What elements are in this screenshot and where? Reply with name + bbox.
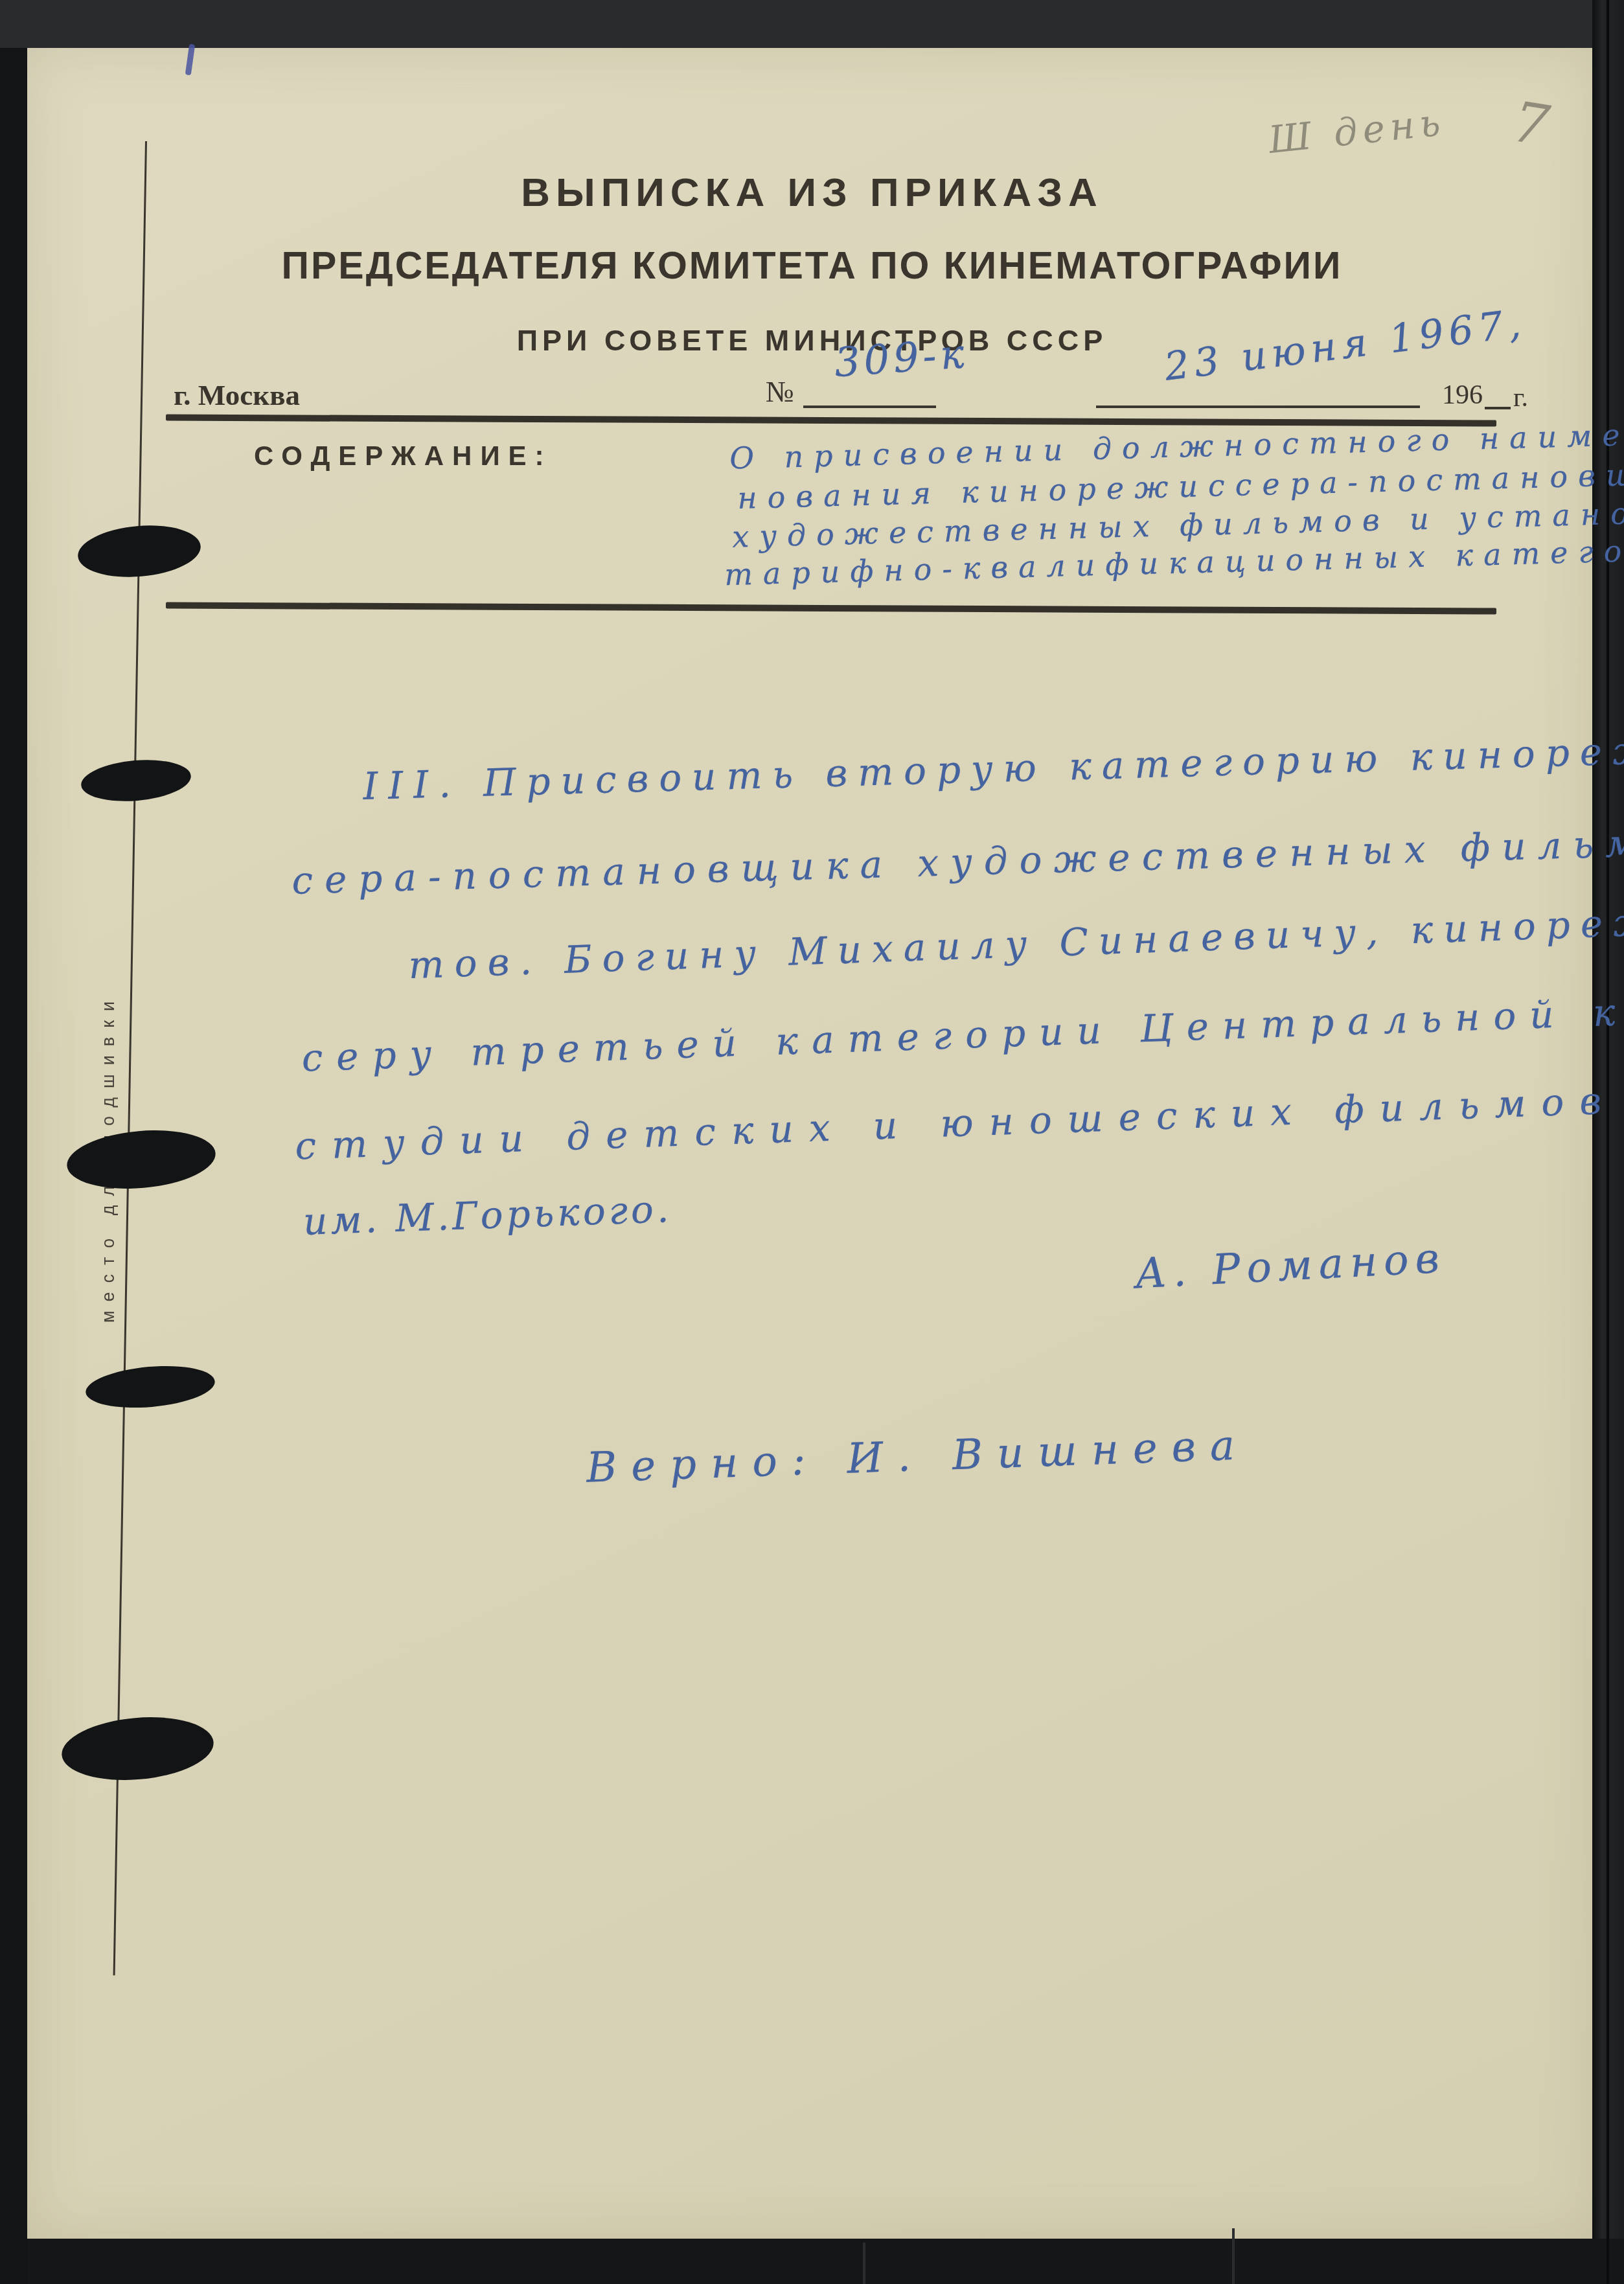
scanned-document-photo: место для подшивки Ш день 7 ВЫПИСКА ИЗ П… <box>0 0 1624 2284</box>
year-underline <box>1485 407 1511 409</box>
date-underline <box>1096 405 1420 408</box>
filing-margin-label: место для подшивки <box>98 876 119 1323</box>
year-printed-prefix: 196 <box>1442 380 1483 411</box>
backing-seam <box>1232 2228 1235 2284</box>
backing-seam <box>863 2243 865 2284</box>
document-title-line2: ПРЕДСЕДАТЕЛЯ КОМИТЕТА ПО КИНЕМАТОГРАФИИ <box>0 244 1624 288</box>
photo-backing-bottom <box>0 2239 1624 2284</box>
year-printed-suffix: г. <box>1513 382 1528 413</box>
order-number-handwritten: 309-к <box>833 330 970 386</box>
subject-label: СОДЕРЖАНИЕ: <box>254 440 553 472</box>
city-label: г. Москва <box>174 378 300 412</box>
number-underline <box>803 405 936 408</box>
photo-backing-top <box>0 0 1624 48</box>
photo-backing-left <box>0 48 27 2284</box>
number-sign: № <box>766 374 794 409</box>
document-title-line1: ВЫПИСКА ИЗ ПРИКАЗА <box>0 170 1624 216</box>
